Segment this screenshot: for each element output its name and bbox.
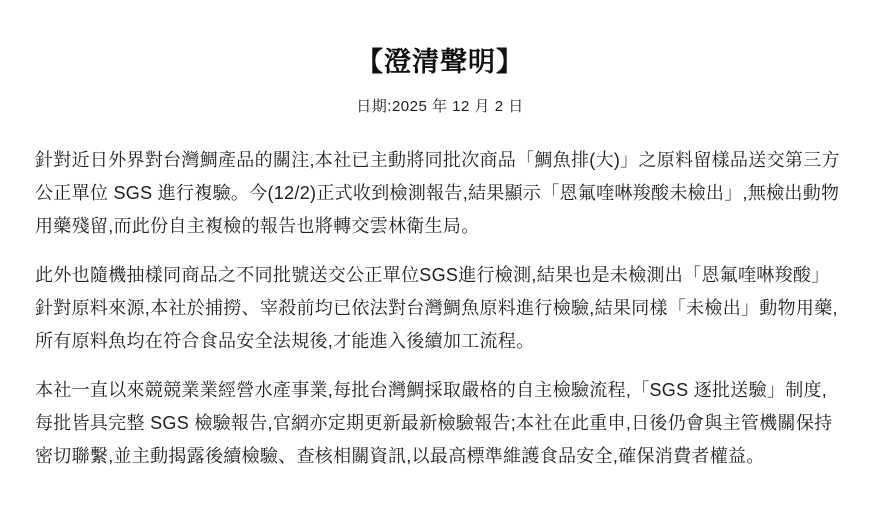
- statement-paragraph-3: 本社一直以來競競業業經營水產事業,每批台灣鯛採取嚴格的自主檢驗流程,「SGS 逐…: [35, 374, 845, 473]
- statement-body: 針對近日外界對台灣鯛產品的關注,本社已主動將同批次商品「鯛魚排(大)」之原料留樣…: [35, 144, 845, 473]
- statement-title: 【澄清聲明】: [35, 46, 845, 78]
- statement-date: 日期:2025 年 12 月 2 日: [35, 98, 845, 116]
- statement-paragraph-1: 針對近日外界對台灣鯛產品的關注,本社已主動將同批次商品「鯛魚排(大)」之原料留樣…: [35, 144, 845, 243]
- statement-paragraph-2: 此外也隨機抽樣同商品之不同批號送交公正單位SGS進行檢測,結果也是未檢測出「恩氟…: [35, 259, 845, 358]
- clarification-statement-page: 【澄清聲明】 日期:2025 年 12 月 2 日 針對近日外界對台灣鯛產品的關…: [0, 0, 880, 508]
